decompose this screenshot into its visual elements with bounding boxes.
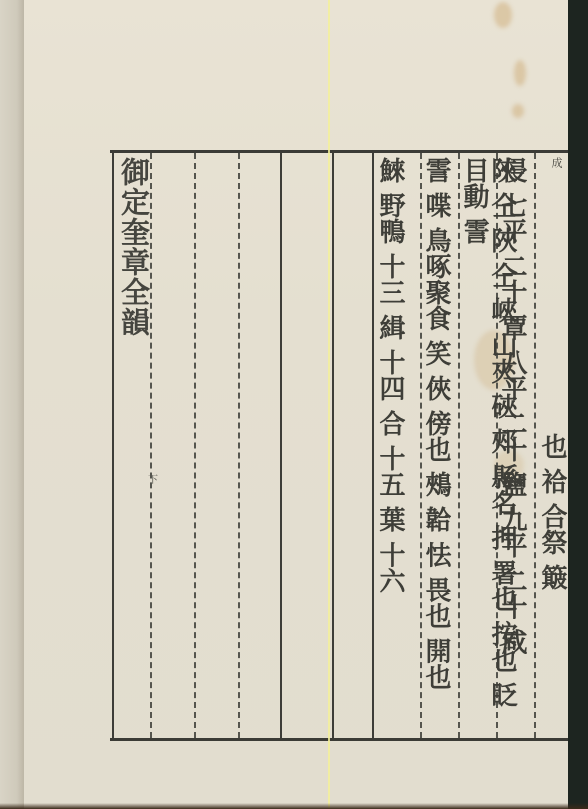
column-rule: [280, 153, 282, 738]
border-line: [112, 153, 114, 738]
stain: [514, 60, 526, 86]
column-rule: [238, 153, 240, 738]
column-rule: [534, 153, 536, 738]
scan-fold-line: [328, 0, 330, 809]
corner-glyph: 成: [550, 157, 563, 168]
bottom-shadow: [0, 803, 588, 809]
page-title: 御定奎章全韻: [118, 157, 150, 337]
stain: [512, 104, 524, 118]
text-column: 侵 七平 二十 覃 八平 二十 鹽 九平 二十 咸: [498, 157, 526, 654]
text-column: 鯠 野鴨 十三 緝 十四 合 十五 葉 十六: [376, 157, 404, 593]
column-rule: [194, 153, 196, 738]
stain: [494, 2, 512, 28]
text-column: 霅 喋 鳥啄聚食 笑 俠 傍也 鵊 韐 怯 畏也 開也: [422, 157, 450, 690]
facing-page-edge: [0, 0, 25, 809]
column-rule: [332, 153, 334, 738]
corner-column: 成: [544, 157, 569, 168]
column-rule: [372, 153, 374, 738]
printed-block: 御定奎章全韻 下 鯠 野鴨 十三 緝 十四 合 十五 葉 十六 霅 喋 鳥啄聚食…: [110, 150, 570, 741]
column-rule: [150, 153, 152, 738]
scanner-edge: [568, 0, 588, 809]
column-text: 霅 喋 鳥啄聚食 笑 俠 傍也 鵊 韐 怯 畏也 開也: [421, 157, 451, 690]
column-text: 侵 七平 二十 覃 八平 二十 鹽 九平 二十 咸: [497, 157, 527, 654]
column-text: 鯠 野鴨 十三 緝 十四 合 十五 葉 十六: [375, 157, 405, 593]
